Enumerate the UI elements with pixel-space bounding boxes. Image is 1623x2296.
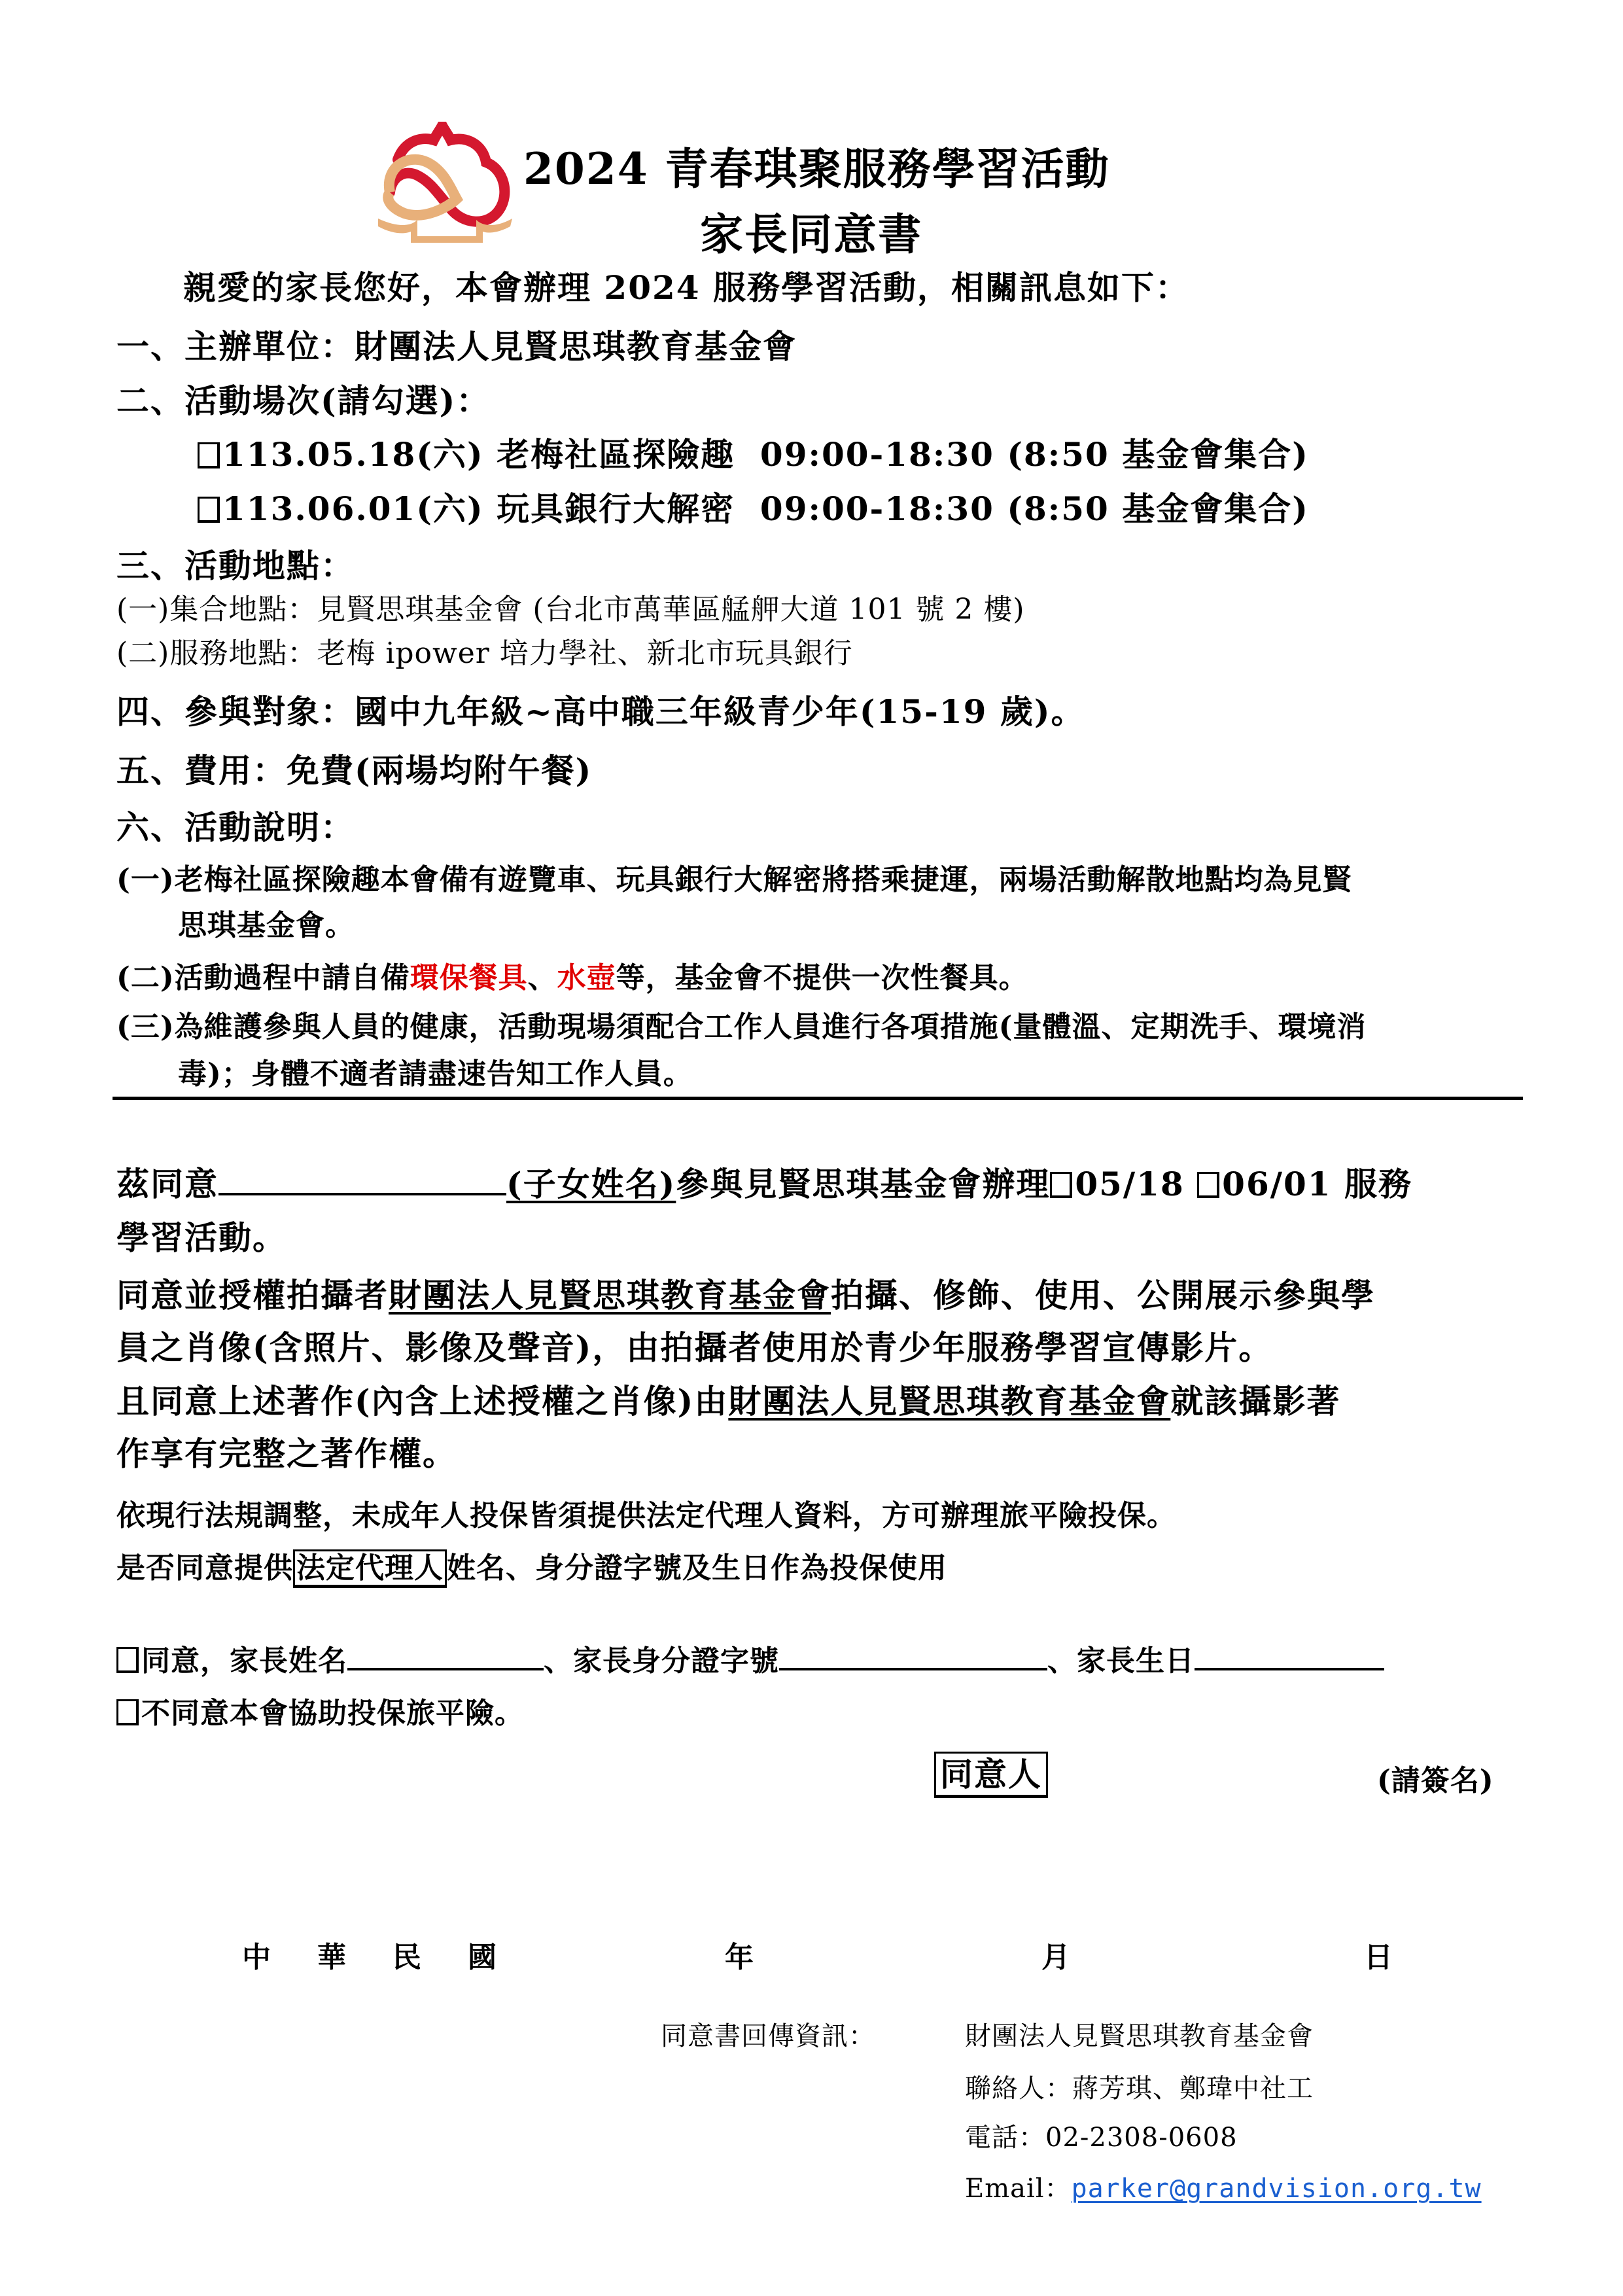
description-item-3-line-2: 毒)；身體不適者請盡速告知工作人員。: [178, 1050, 693, 1092]
consent-suffix: 服務: [1344, 1165, 1412, 1203]
copyright-prefix: 且同意上述著作(內含上述授權之肖像)由: [116, 1382, 728, 1421]
organizer-value: 財團法人見賢思琪教育基金會: [355, 327, 797, 366]
era-char-1: 中: [242, 1934, 271, 1975]
highlight-water-bottle: 水壺: [557, 961, 616, 995]
parent-id-label: 、家長身分證字號: [544, 1644, 779, 1678]
signature-field[interactable]: [1060, 1748, 1374, 1794]
consent-prefix: 茲同意: [116, 1165, 218, 1203]
agree-checkbox[interactable]: [116, 1647, 139, 1673]
session-option-2[interactable]: 113.06.01(六) 玩具銀行大解密 09:00-18:30 (8:50 基…: [198, 483, 1309, 530]
session-option-1[interactable]: 113.05.18(六) 老梅社區探險趣 09:00-18:30 (8:50 基…: [198, 429, 1309, 476]
year-label: 年: [725, 1934, 754, 1975]
session-checkbox-1[interactable]: [198, 442, 220, 468]
session-time-1: 09:00-18:30: [760, 435, 994, 474]
consent-mid: 參與見賢思琪基金會辦理: [676, 1165, 1050, 1203]
consent-option-0601: 06/01: [1222, 1165, 1331, 1203]
description-item-2-prefix: (二)活動過程中請自備: [116, 961, 410, 995]
organizer-row: 一、主辦單位：財團法人見賢思琪教育基金會: [116, 321, 797, 368]
authorize-prefix: 同意並授權拍攝者: [116, 1276, 389, 1315]
org-name-underlined-2: 財團法人見賢思琪教育基金會: [728, 1382, 1170, 1421]
session-name-1: 老梅社區探險趣: [497, 435, 735, 474]
description-item-3-line-1: (三)為維護參與人員的健康，活動現場須配合工作人員進行各項措施(量體溫、定期洗手…: [116, 1003, 1366, 1045]
session-name-2: 玩具銀行大解密: [497, 489, 735, 528]
era-char-2: 華: [317, 1934, 347, 1975]
participants-value: 國中九年級~高中職三年級青少年(15-19 歲)。: [355, 692, 1085, 731]
description-item-1-line-2: 思琪基金會。: [178, 902, 355, 944]
parent-birthday-label: 、家長生日: [1047, 1644, 1195, 1678]
insurance-question: 是否同意提供法定代理人姓名、身分證字號及生日作為投保使用: [116, 1544, 947, 1586]
session-time-2: 09:00-18:30: [760, 489, 994, 528]
legal-guardian-boxed: 法定代理人: [293, 1549, 447, 1588]
parent-name-field[interactable]: [347, 1667, 544, 1670]
consent-line-3: 同意並授權拍攝者財團法人見賢思琪教育基金會拍攝、修飾、使用、公開展示參與學: [116, 1269, 1375, 1316]
sessions-label: 二、活動場次(請勾選)：: [116, 375, 490, 422]
child-name-field[interactable]: [218, 1192, 506, 1195]
session-date-1: 113.05.18(六): [222, 435, 484, 474]
parent-disagree-row: 不同意本會協助投保旅平險。: [116, 1689, 524, 1731]
return-info-org: 財團法人見賢思琪教育基金會: [965, 2015, 1314, 2053]
day-field[interactable]: [1086, 1930, 1348, 1969]
session-assembly-2: (8:50 基金會集合): [1007, 489, 1309, 528]
day-label: 日: [1364, 1934, 1393, 1975]
consent-option-0518: 05/18: [1075, 1165, 1184, 1203]
parent-id-field[interactable]: [779, 1667, 1047, 1670]
description-item-2-suffix: 等，基金會不提供一次性餐具。: [616, 961, 1028, 995]
month-field[interactable]: [765, 1930, 1027, 1969]
signer-label: 同意人: [934, 1752, 1048, 1798]
parent-name-label: 同意，家長姓名: [141, 1644, 347, 1678]
email-link[interactable]: parker@grandvision.org.tw: [1072, 2174, 1482, 2204]
child-name-hint: (子女姓名): [506, 1165, 676, 1203]
consent-line-6: 作享有完整之著作權。: [116, 1428, 457, 1475]
insurance-question-suffix: 姓名、身分證字號及生日作為投保使用: [447, 1551, 947, 1585]
consent-line-1: 茲同意(子女姓名)參與見賢思琪基金會辦理05/18 06/01 服務: [116, 1158, 1412, 1205]
parent-agree-row: 同意，家長姓名、家長身分證字號、家長生日: [116, 1637, 1384, 1679]
return-info-contact: 聯絡人：蔣芳琪、鄭瑋中社工: [965, 2068, 1314, 2105]
consent-checkbox-0601[interactable]: [1197, 1172, 1219, 1198]
org-name-underlined: 財團法人見賢思琪教育基金會: [389, 1276, 831, 1315]
description-item-1-line-1: (一)老梅社區探險趣本會備有遊覽車、玩具銀行大解密將搭乘捷運，兩場活動解散地點均…: [116, 856, 1352, 898]
assembly-location: (一)集合地點：見賢思琪基金會 (台北市萬華區艋舺大道 101 號 2 樓): [116, 586, 1025, 627]
section-divider: [113, 1097, 1523, 1100]
fee-value: 免費(兩場均附午餐): [287, 751, 592, 790]
disagree-label: 不同意本會協助投保旅平險。: [141, 1697, 524, 1730]
signer-label-box: 同意人: [934, 1748, 1048, 1795]
description-label: 六、活動說明：: [116, 802, 355, 849]
fee-label: 五、費用：: [116, 751, 287, 790]
consent-line-5: 且同意上述著作(內含上述授權之肖像)由財團法人見賢思琪教育基金會就該攝影著: [116, 1375, 1340, 1422]
session-checkbox-2[interactable]: [198, 497, 220, 523]
page-title: 2024 青春琪聚服務學習活動: [523, 134, 1110, 196]
location-label: 三、活動地點：: [116, 540, 355, 587]
participants-row: 四、參與對象：國中九年級~高中職三年級青少年(15-19 歲)。: [116, 686, 1085, 733]
intro-text: 親愛的家長您好，本會辦理 2024 服務學習活動，相關訊息如下：: [183, 262, 1189, 309]
return-info-phone: 電話：02-2308-0608: [965, 2117, 1238, 2154]
consent-line-4: 員之肖像(含照片、影像及聲音)，由拍攝者使用於青少年服務學習宣傳影片。: [116, 1322, 1272, 1369]
session-assembly-1: (8:50 基金會集合): [1007, 435, 1309, 474]
consent-checkbox-0518[interactable]: [1050, 1172, 1072, 1198]
insurance-note: 依現行法規調整，未成年人投保皆須提供法定代理人資料，方可辦理旅平險投保。: [116, 1492, 1176, 1534]
foundation-logo-icon: [358, 122, 515, 246]
sign-hint: (請簽名): [1377, 1757, 1494, 1799]
authorize-suffix: 拍攝、修飾、使用、公開展示參與學: [831, 1276, 1375, 1315]
highlight-eco-utensils: 環保餐具: [410, 961, 528, 995]
consent-line-2: 學習活動。: [116, 1212, 287, 1259]
return-info-email-row: Email：parker@grandvision.org.tw: [965, 2168, 1482, 2205]
session-date-2: 113.06.01(六): [222, 489, 484, 528]
year-field[interactable]: [510, 1930, 720, 1969]
fee-row: 五、費用：免費(兩場均附午餐): [116, 745, 592, 792]
page-subtitle: 家長同意書: [700, 200, 922, 262]
era-char-4: 國: [468, 1934, 497, 1975]
insurance-question-prefix: 是否同意提供: [116, 1551, 293, 1585]
description-item-2: (二)活動過程中請自備環保餐具、水壺等，基金會不提供一次性餐具。: [116, 954, 1028, 996]
copyright-suffix: 就該攝影著: [1170, 1382, 1340, 1421]
parent-birthday-field[interactable]: [1195, 1667, 1384, 1670]
organizer-label: 一、主辦單位：: [116, 327, 355, 366]
era-char-3: 民: [393, 1934, 422, 1975]
month-label: 月: [1041, 1934, 1071, 1975]
disagree-checkbox[interactable]: [116, 1699, 139, 1725]
email-label: Email：: [965, 2174, 1072, 2204]
description-item-2-sep: 、: [528, 961, 557, 995]
participants-label: 四、參與對象：: [116, 692, 355, 731]
return-info-label: 同意書回傳資訊：: [661, 2015, 875, 2053]
service-location: (二)服務地點：老梅 ipower 培力學社、新北市玩具銀行: [116, 629, 853, 671]
